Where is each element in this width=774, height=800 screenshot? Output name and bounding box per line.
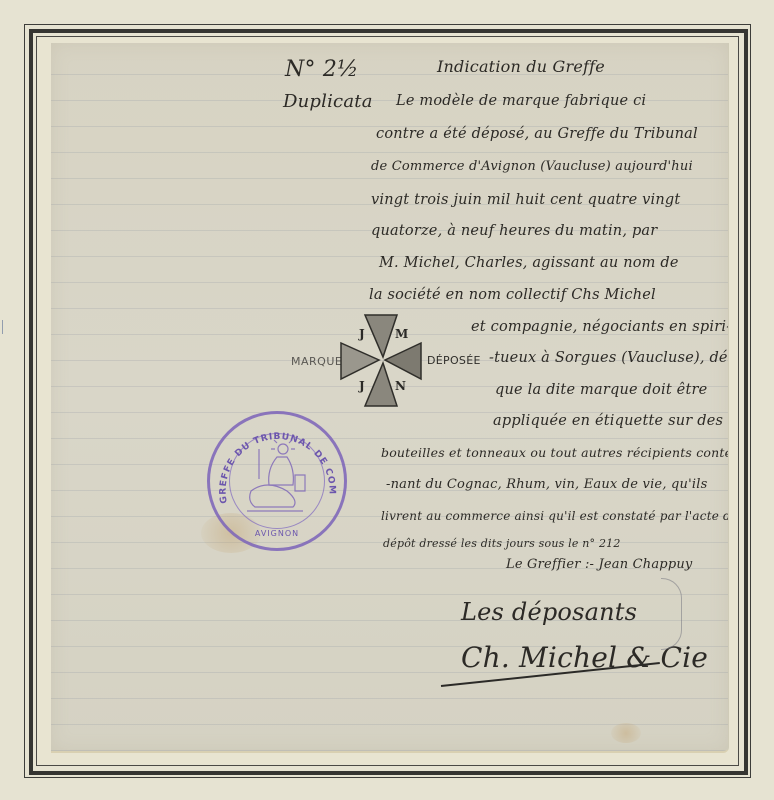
body-line: quatorze, à neuf heures du matin, par: [371, 223, 657, 239]
body-line: M. Michel, Charles, agissant au nom de: [379, 255, 679, 271]
document-header: Indication du Greffe: [437, 57, 605, 76]
body-line: -nant du Cognac, Rhum, vin, Eaux de vie,…: [386, 477, 707, 492]
deposants-label: Les déposants: [461, 598, 637, 626]
seal-city-label: AVIGNON: [207, 529, 347, 538]
document-paper: N° 2½ Duplicata Indication du Greffe Le …: [51, 43, 729, 753]
greffier-signature-line: Le Greffier :- Jean Chappuy: [506, 557, 692, 572]
cross-letter-j-bottom: J: [359, 379, 365, 393]
body-line: livrent au commerce ainsi qu'il est cons…: [381, 509, 729, 523]
reference-number: N° 2½: [285, 57, 359, 82]
body-line: vingt trois juin mil huit cent quatre vi…: [371, 192, 680, 208]
deposee-label: DÉPOSÉE: [427, 354, 481, 367]
cross-letter-m: M: [395, 327, 408, 341]
maltese-cross-icon: [339, 313, 423, 408]
signature-flourish: [661, 578, 682, 650]
margin-ink-mark: [2, 320, 13, 334]
marque-label: MARQUE: [291, 355, 342, 368]
body-line: la société en nom collectif Chs Michel: [369, 287, 656, 303]
duplicata-label: Duplicata: [283, 91, 373, 112]
body-line: de Commerce d'Avignon (Vaucluse) aujourd…: [371, 159, 693, 174]
body-line: Le modèle de marque fabrique ci: [396, 93, 646, 109]
foxing-stain: [611, 723, 641, 743]
body-line: bouteilles et tonneaux ou tout autres ré…: [381, 445, 729, 460]
body-line: appliquée en étiquette sur des: [493, 413, 723, 429]
court-seal-stamp: GREFFE DU TRIBUNAL DE COMMERCE AVIGNON: [207, 411, 347, 551]
trademark-stamp: MARQUE J M J N DÉPOSÉE: [291, 313, 531, 408]
seated-justice-figure-icon: [237, 435, 317, 523]
body-line: dépôt dressé les dits jours sous le n° 2…: [383, 537, 621, 550]
body-line: contre a été déposé, au Greffe du Tribun…: [376, 126, 698, 142]
cross-letter-n: N: [395, 379, 406, 393]
cross-letter-j-top: J: [359, 327, 365, 341]
